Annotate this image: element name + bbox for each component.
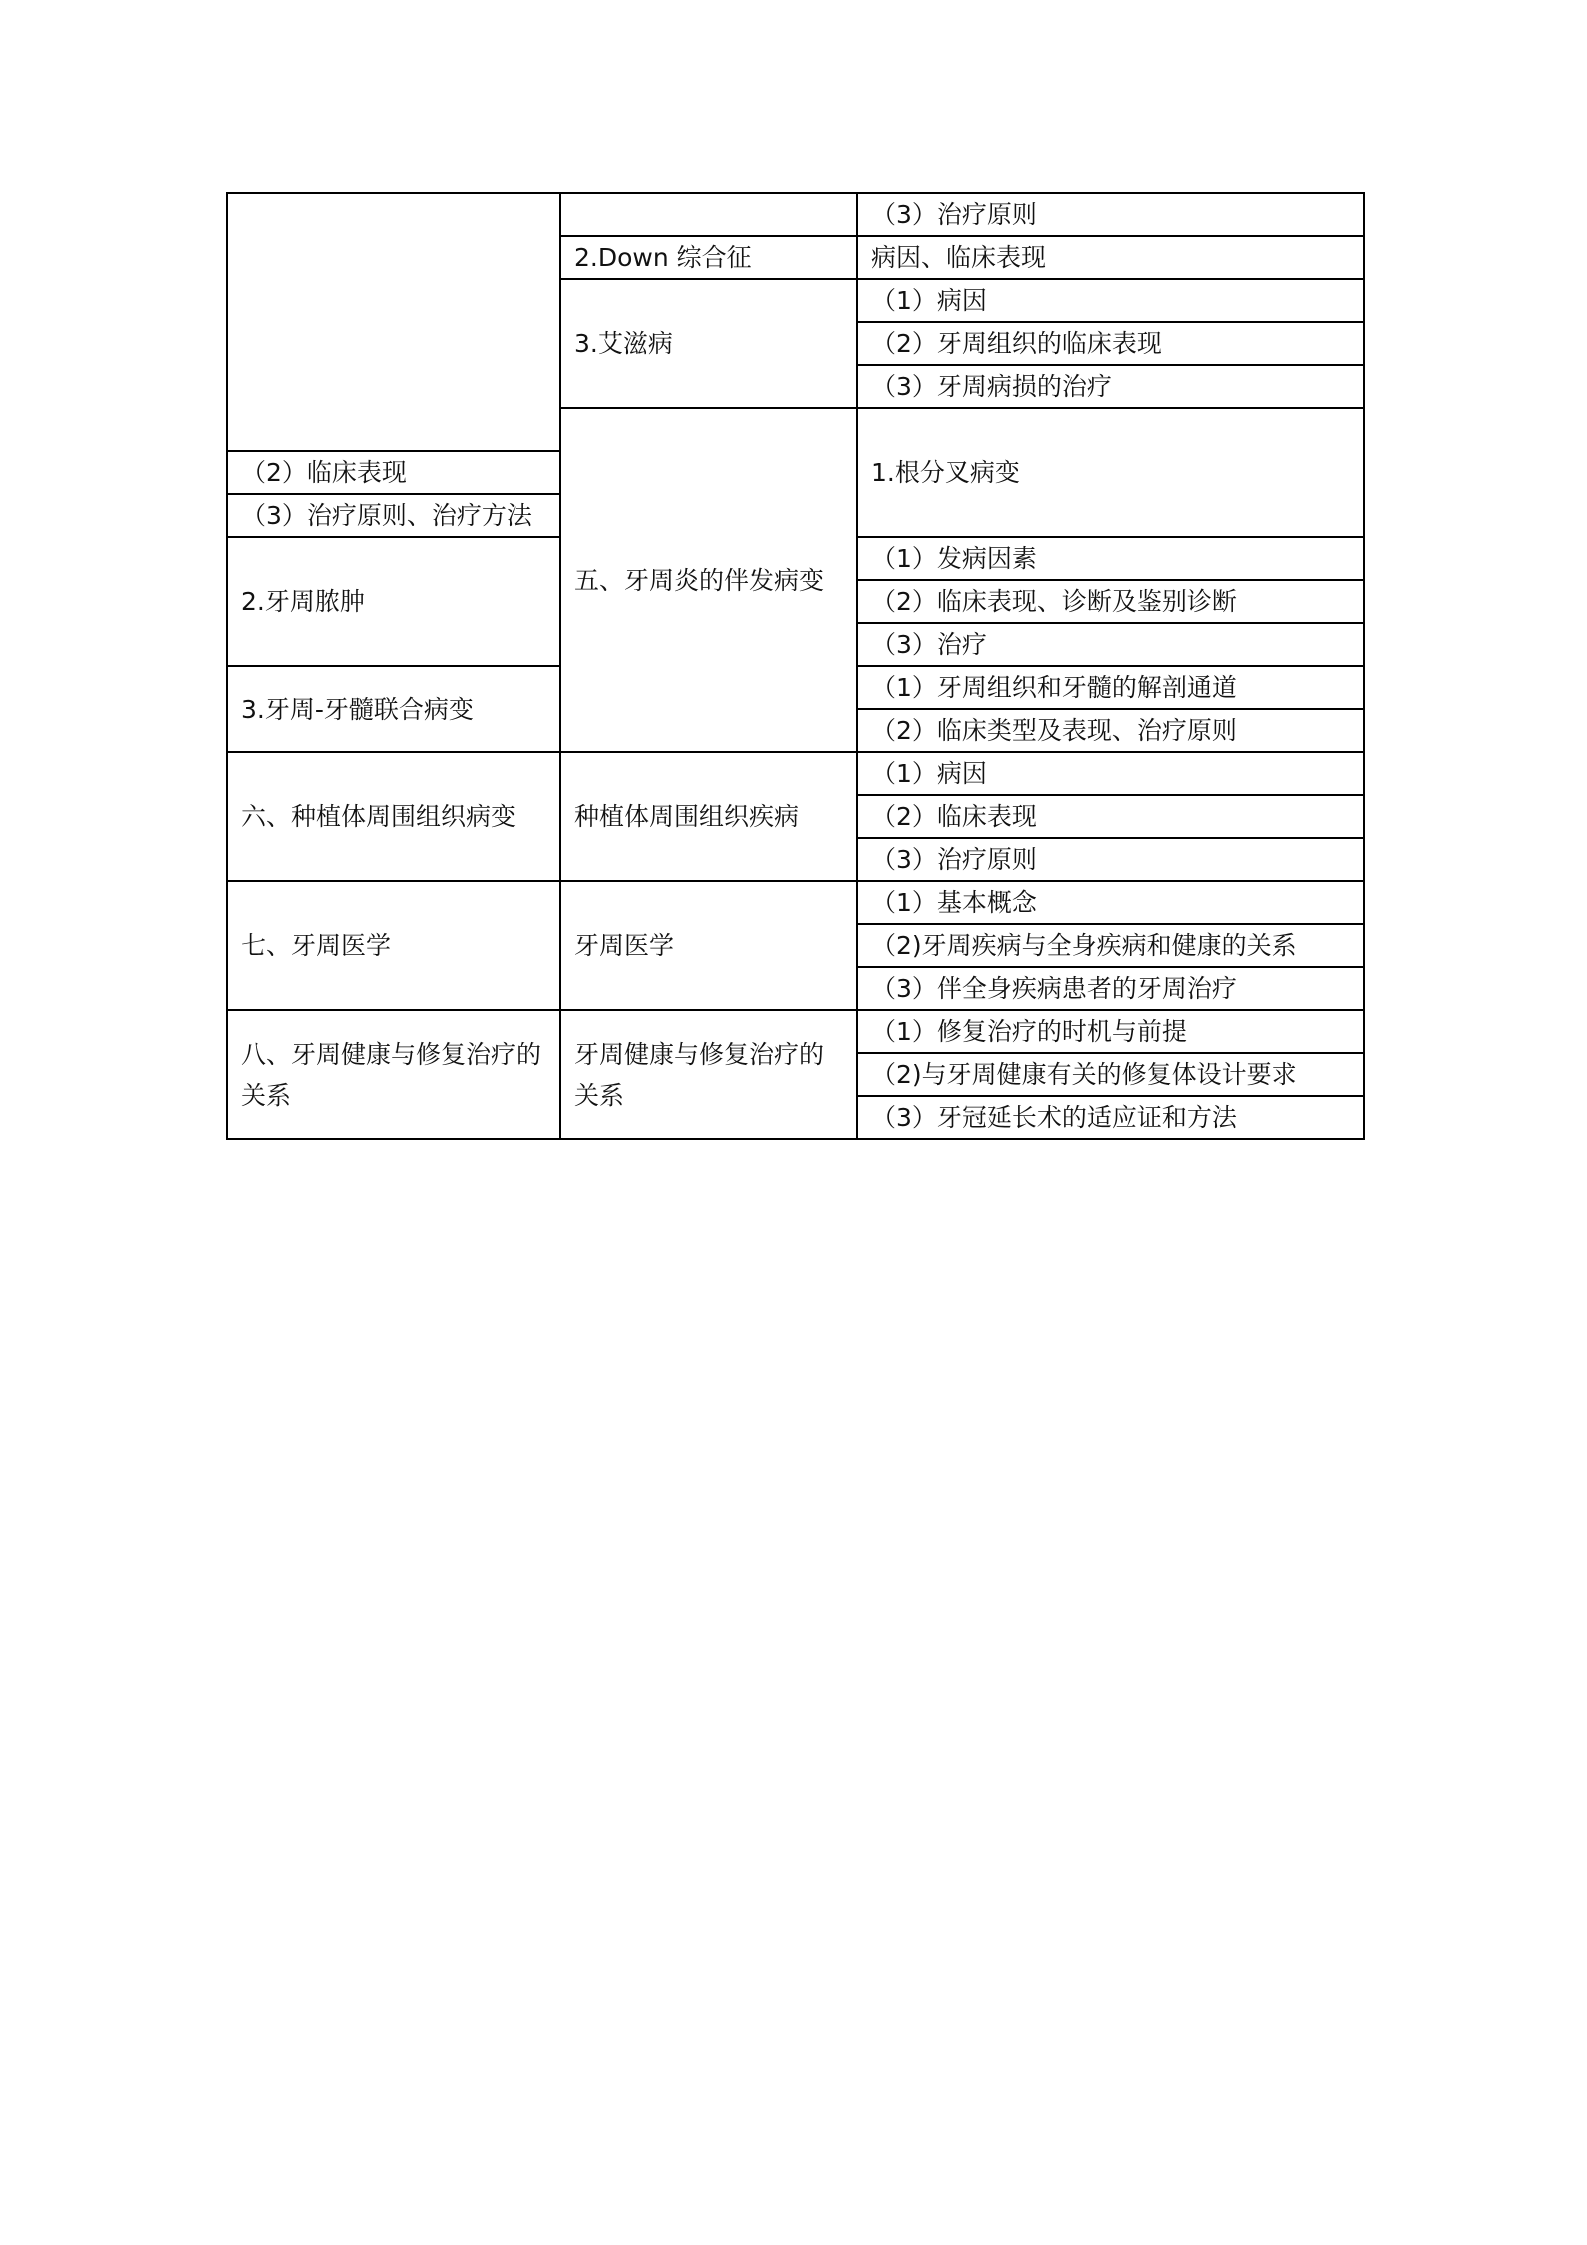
point-cell: （3）伴全身疾病患者的牙周治疗: [857, 967, 1364, 1010]
point-cell: （2）临床表现、诊断及鉴别诊断: [857, 580, 1364, 623]
point-cell: （1）病因: [857, 752, 1364, 795]
topic-cell: [560, 193, 857, 236]
point-cell: （3）牙冠延长术的适应证和方法: [857, 1096, 1364, 1139]
topic-cell: 1.根分叉病变: [857, 408, 1364, 537]
document-page: （3）治疗原则 2.Down 综合征 病因、临床表现 3.艾滋病 （1）病因 （…: [0, 0, 1587, 2245]
point-cell: （1）牙周组织和牙髓的解剖通道: [857, 666, 1364, 709]
topic-cell: 种植体周围组织疾病: [560, 752, 857, 881]
point-cell: （2)牙周疾病与全身疾病和健康的关系: [857, 924, 1364, 967]
topic-cell: 2.牙周脓肿: [227, 537, 560, 666]
unit-cell: 五、牙周炎的伴发病变: [560, 408, 857, 752]
topic-cell: 3.牙周-牙髓联合病变: [227, 666, 560, 752]
point-cell: （2）牙周组织的临床表现: [857, 322, 1364, 365]
topic-cell: 3.艾滋病: [560, 279, 857, 408]
point-cell: （3）治疗原则: [857, 838, 1364, 881]
unit-cell: 八、牙周健康与修复治疗的关系: [227, 1010, 560, 1139]
table-row: 七、牙周医学 牙周医学 （1）基本概念: [227, 881, 1364, 924]
point-cell: （2）临床表现: [227, 451, 560, 494]
point-cell: （1）基本概念: [857, 881, 1364, 924]
topic-cell: 2.Down 综合征: [560, 236, 857, 279]
point-cell: （3）治疗原则: [857, 193, 1364, 236]
unit-cell: 六、种植体周围组织病变: [227, 752, 560, 881]
table-row: （3）治疗原则: [227, 193, 1364, 236]
point-cell: （3）牙周病损的治疗: [857, 365, 1364, 408]
unit-cell: 七、牙周医学: [227, 881, 560, 1010]
point-cell: （2)与牙周健康有关的修复体设计要求: [857, 1053, 1364, 1096]
unit-cell: [227, 193, 560, 451]
point-cell: （2）临床类型及表现、治疗原则: [857, 709, 1364, 752]
point-cell: （1）病因: [857, 279, 1364, 322]
point-cell: （3）治疗原则、治疗方法: [227, 494, 560, 537]
table-row: 八、牙周健康与修复治疗的关系 牙周健康与修复治疗的关系 （1）修复治疗的时机与前…: [227, 1010, 1364, 1053]
point-cell: （1）修复治疗的时机与前提: [857, 1010, 1364, 1053]
point-cell: （3）治疗: [857, 623, 1364, 666]
table-row: 六、种植体周围组织病变 种植体周围组织疾病 （1）病因: [227, 752, 1364, 795]
syllabus-table: （3）治疗原则 2.Down 综合征 病因、临床表现 3.艾滋病 （1）病因 （…: [226, 192, 1365, 1140]
point-cell: （1）发病因素: [857, 537, 1364, 580]
point-cell: （2）临床表现: [857, 795, 1364, 838]
point-cell: 病因、临床表现: [857, 236, 1364, 279]
topic-cell: 牙周健康与修复治疗的关系: [560, 1010, 857, 1139]
topic-cell: 牙周医学: [560, 881, 857, 1010]
